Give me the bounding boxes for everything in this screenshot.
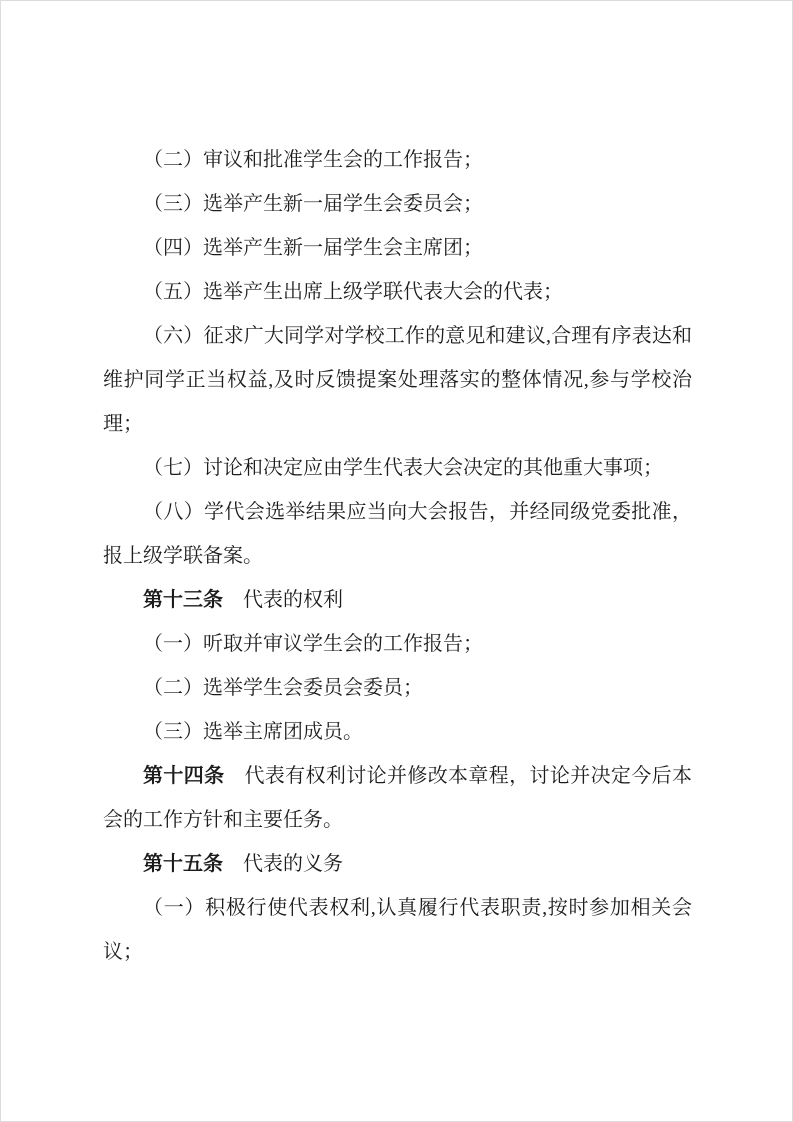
body-paragraph: （一）听取并审议学生会的工作报告； [103, 622, 692, 666]
body-paragraph: （三）选举产生新一届学生会委员会； [103, 182, 692, 226]
body-paragraph: （八）学代会选举结果应当向大会报告，并经同级党委批准，报上级学联备案。 [103, 490, 692, 578]
article-number: 第十三条 [143, 589, 223, 611]
body-paragraph: （二）选举学生会委员会委员； [103, 666, 692, 710]
body-paragraph: （六）征求广大同学对学校工作的意见和建议,合理有序表达和维护同学正当权益,及时反… [103, 314, 692, 446]
body-paragraph: （二）审议和批准学生会的工作报告； [103, 138, 692, 182]
body-paragraph: （四）选举产生新一届学生会主席团； [103, 226, 692, 270]
article-number: 第十四条 [143, 765, 224, 787]
body-paragraph: （一）积极行使代表权利,认真履行代表职责,按时参加相关会议； [103, 886, 692, 974]
article-heading: 第十三条代表的权利 [103, 578, 692, 622]
body-paragraph: （五）选举产生出席上级学联代表大会的代表； [103, 270, 692, 314]
article-number: 第十五条 [143, 853, 223, 875]
body-paragraph: （三）选举主席团成员。 [103, 710, 692, 754]
document-page: （二）审议和批准学生会的工作报告；（三）选举产生新一届学生会委员会；（四）选举产… [0, 0, 793, 1122]
article-heading: 第十四条代表有权利讨论并修改本章程，讨论并决定今后本会的工作方针和主要任务。 [103, 754, 692, 842]
article-heading: 第十五条代表的义务 [103, 842, 692, 886]
body-paragraph: （七）讨论和决定应由学生代表大会决定的其他重大事项； [103, 446, 692, 490]
document-text-block: （二）审议和批准学生会的工作报告；（三）选举产生新一届学生会委员会；（四）选举产… [103, 138, 692, 974]
article-text: 代表的义务 [243, 853, 343, 875]
article-text: 代表的权利 [243, 589, 343, 611]
